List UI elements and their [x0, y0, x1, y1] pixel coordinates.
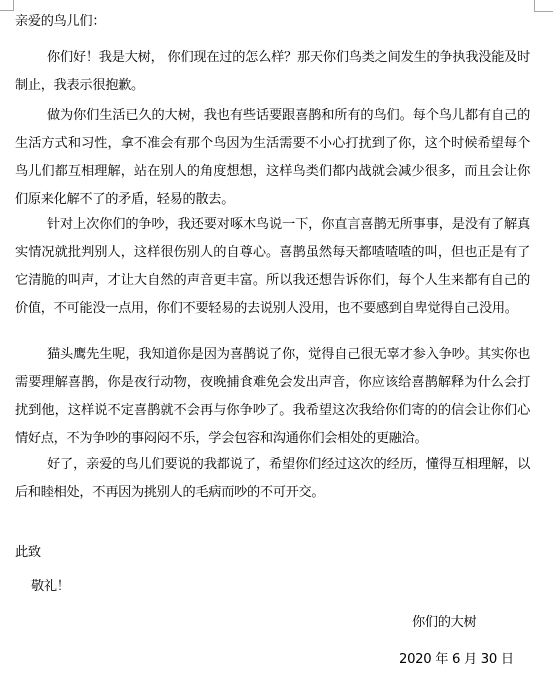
- signature: 你们的大树: [412, 613, 476, 633]
- paragraph-4: 猫头鹰先生呢，我知道你是因为喜鹊说了你，觉得自己很无辜才参入争吵。其实你也需要理…: [15, 341, 530, 453]
- regards: 敬礼！: [31, 577, 70, 597]
- date: 2020 年 6 月 30 日: [399, 650, 514, 670]
- page-corner-mark-top-left: [0, 0, 14, 11]
- page-corner-mark-top-right: [534, 0, 553, 12]
- paragraph-1: 你们好！我是大树， 你们现在过的怎么样？那天你们鸟类之间发生的争执我没能及时制止…: [15, 44, 530, 100]
- paragraph-2: 做为你们生活已久的大树，我也有些话要跟喜鹊和所有的鸟们。每个鸟儿都有自己的生活方…: [15, 102, 530, 214]
- closing: 此致: [15, 543, 41, 563]
- paragraph-5: 好了，亲爱的鸟儿们要说的我都说了，希望你们经过这次的经历，懂得互相理解，以后和睦…: [15, 451, 530, 507]
- salutation: 亲爱的鸟儿们：: [15, 12, 105, 32]
- paragraph-3: 针对上次你们的争吵，我还要对啄木鸟说一下，你直言喜鹊无所事事，是没有了解真实情况…: [15, 211, 530, 323]
